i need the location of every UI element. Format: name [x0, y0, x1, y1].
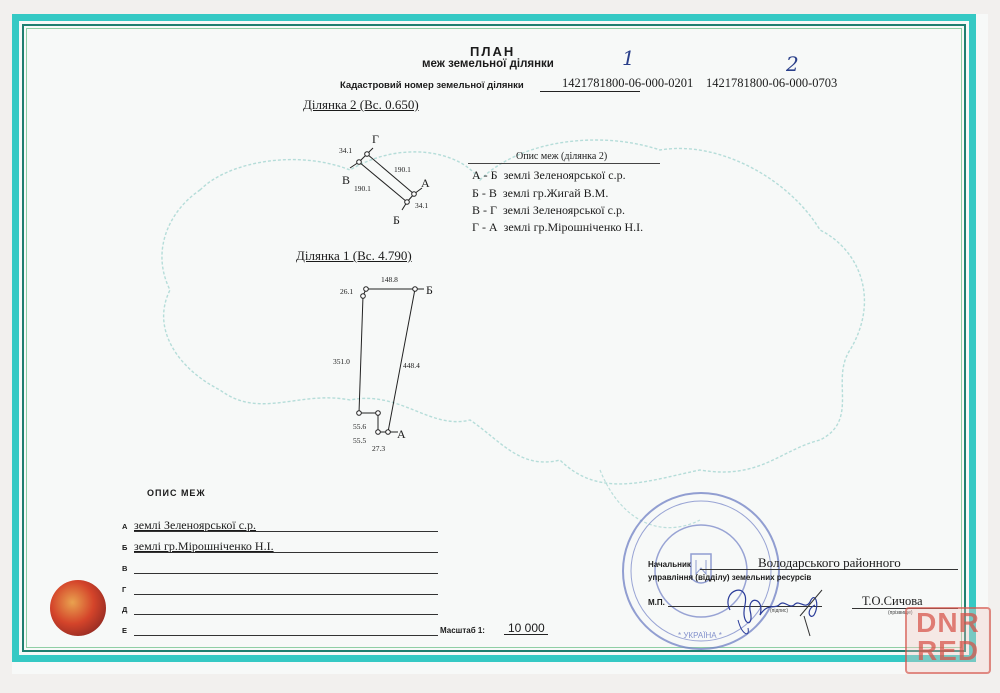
plot2-point-a: А [421, 176, 430, 191]
boundary-text: землі гр.Мірошніченко Н.І. [134, 539, 274, 554]
plot2-legend-row: Г - А землі гр.Мірошніченко Н.І. [472, 220, 643, 235]
boundary-text: землі Зеленоярської с.р. [134, 518, 256, 533]
scale-value: 10 000 [508, 621, 545, 635]
segment-text: землі гр.Жигай В.М. [503, 186, 608, 200]
mp-label: М.П. [648, 598, 665, 607]
plot1-point-a: А [397, 427, 406, 442]
boundary-line [134, 594, 438, 595]
document-subtitle: меж земельної ділянки [422, 58, 554, 70]
boundaries-title: ОПИС МЕЖ [147, 488, 206, 498]
plot2-point-b: Б [393, 213, 400, 228]
watermark-line1: DNR [907, 609, 989, 637]
decorative-badge [50, 580, 106, 636]
plot2-legend-row: Б - В землі гр.Жигай В.М. [472, 186, 608, 201]
boundary-letter: В [122, 564, 127, 573]
boundary-line [134, 573, 438, 574]
plot1-point-b: Б [426, 283, 433, 298]
segment-text: землі Зеленоярської с.р. [503, 203, 625, 217]
plot2-point-g: Г [372, 132, 379, 147]
stamp-text: * УКРАЇНА * [678, 631, 722, 640]
boundary-letter: Г [122, 585, 126, 594]
cadastral-number-2: 1421781800-06-000-0703 [706, 76, 837, 91]
boundary-line [134, 635, 438, 636]
scale-label: Масштаб 1: [440, 626, 485, 635]
plot2-point-v: В [342, 173, 350, 188]
segment-text: землі Зеленоярської с.р. [504, 168, 626, 182]
plot2-legend-row: В - Г землі Зеленоярської с.р. [472, 203, 625, 218]
segment-label: В - Г [472, 203, 497, 217]
chief-label: Начальник [648, 560, 691, 569]
signature-caption: (підпис) [770, 608, 788, 614]
cadastral-underline [540, 91, 640, 92]
plot1-dim-step2: 55.5 [353, 436, 366, 445]
scale-underline [504, 634, 548, 635]
plot2-title: Ділянка 2 (Вс. 0.650) [303, 97, 419, 113]
plot2-legend-heading: Опис меж (ділянка 2) [516, 151, 607, 162]
plot1-title: Ділянка 1 (Вс. 4.790) [296, 248, 412, 264]
chief-value: Володарського районного [758, 555, 901, 571]
watermark-line2: RED [907, 637, 989, 665]
plot1-dim-step1: 55.6 [353, 422, 366, 431]
plot2-legend-row: А - Б землі Зеленоярської с.р. [472, 168, 626, 183]
plot2-dim-top-left: 34.1 [339, 146, 352, 155]
plot2-dim-bottom-right: 34.1 [415, 201, 428, 210]
background-map-outline [0, 0, 1000, 693]
plot1-dim-bottom: 27.3 [372, 444, 385, 453]
boundary-line [134, 614, 438, 615]
boundary-letter: Б [122, 543, 127, 552]
boundary-letter: Е [122, 626, 127, 635]
plot1-dim-top-left: 26.1 [340, 287, 353, 296]
boundary-letter: Д [122, 605, 127, 614]
plot2-dim-left: 190.1 [354, 184, 371, 193]
plot2-legend-underline [468, 163, 660, 164]
document-title: ПЛАН [470, 44, 515, 59]
plot2-dim-right: 190.1 [394, 165, 411, 174]
segment-label: Г - А [472, 220, 498, 234]
handwritten-mark-1: 1 [622, 46, 635, 70]
plot1-dim-right: 448.4 [403, 361, 420, 370]
plot1-dim-left: 351.0 [333, 357, 350, 366]
watermark-logo: DNR RED [905, 607, 991, 674]
segment-label: Б - В [472, 186, 497, 200]
cadastral-label: Кадастровий номер земельної ділянки [340, 80, 524, 91]
boundary-letter: А [122, 522, 127, 531]
cadastral-number-1: 1421781800-06-000-0201 [562, 76, 693, 91]
signature-stroke [790, 586, 830, 646]
plot1-diagram [340, 280, 450, 440]
handwritten-mark-2: 2 [786, 52, 799, 76]
plot1-dim-top: 148.8 [381, 275, 398, 284]
segment-text: землі гр.Мірошніченко Н.І. [504, 220, 644, 234]
segment-label: А - Б [472, 168, 498, 182]
